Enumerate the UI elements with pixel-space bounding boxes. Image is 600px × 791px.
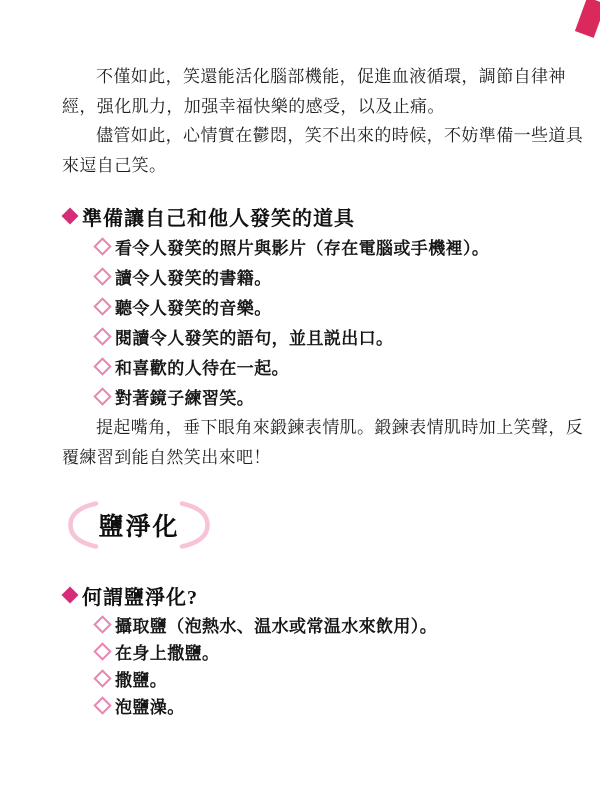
list-item: 對著鏡子練習笑。 xyxy=(95,381,568,411)
list-item: 攝取鹽（泡熱水、温水或常温水來飲用）。 xyxy=(95,611,568,638)
list-item-text: 攝取鹽（泡熱水、温水或常温水來飲用）。 xyxy=(115,612,437,637)
open-diamond-icon xyxy=(93,297,111,315)
book-page: 不僅如此，笑還能活化腦部機能，促進血液循環，調節自律神經，强化肌力，加强幸福快樂… xyxy=(0,0,600,791)
laugh-props-list: 看令人發笑的照片與影片（存在電腦或手機裡）。讀令人發笑的書籍。聽令人發笑的音樂。… xyxy=(95,231,568,411)
text-line: 覆練習到能自然笑出來吧！ xyxy=(62,443,568,473)
section-heading-text: 準備讓自己和他人發笑的道具 xyxy=(82,202,355,231)
list-item-text: 對著鏡子練習笑。 xyxy=(115,384,254,409)
open-diamond-icon xyxy=(93,669,111,687)
list-item-text: 撒鹽。 xyxy=(115,666,167,691)
section-heading-text: 何謂鹽淨化? xyxy=(82,581,198,610)
list-item: 閱讀令人發笑的語句，並且説出口。 xyxy=(95,321,568,351)
list-item-text: 和喜歡的人待在一起。 xyxy=(115,354,289,379)
list-item-text: 在身上撒鹽。 xyxy=(115,639,219,664)
text-line: 來逗自己笑。 xyxy=(62,151,568,181)
text-line: 儘管如此，心情實在鬱悶，笑不出來的時候，不妨準備一些道具 xyxy=(62,121,568,151)
open-diamond-icon xyxy=(93,387,111,405)
open-diamond-icon xyxy=(93,237,111,255)
text-line: 經，强化肌力，加强幸福快樂的感受，以及止痛。 xyxy=(62,92,568,122)
salt-purification-list: 攝取鹽（泡熱水、温水或常温水來飲用）。在身上撒鹽。撒鹽。泡鹽澡。 xyxy=(95,611,568,719)
open-diamond-icon xyxy=(93,267,111,285)
open-diamond-icon xyxy=(93,615,111,633)
list-item: 和喜歡的人待在一起。 xyxy=(95,351,568,381)
chapter-badge-title: 鹽淨化 xyxy=(98,507,179,543)
list-item: 泡鹽澡。 xyxy=(95,692,568,719)
paragraph-laughter-benefits: 不僅如此，笑還能活化腦部機能，促進血液循環，調節自律神經，强化肌力，加强幸福快樂… xyxy=(62,62,568,121)
filled-diamond-icon xyxy=(62,587,79,604)
chapter-badge: 鹽淨化 xyxy=(64,500,214,550)
paragraph-facial-muscle-training: 提起嘴角，垂下眼角來鍛鍊表情肌。鍛鍊表情肌時加上笑聲，反覆練習到能自然笑出來吧！ xyxy=(62,413,568,472)
list-item-text: 看令人發笑的照片與影片（存在電腦或手機裡）。 xyxy=(115,234,489,259)
list-item: 聽令人發笑的音樂。 xyxy=(95,291,568,321)
section-heading-laugh-props: 準備讓自己和他人發笑的道具 xyxy=(62,202,568,230)
paragraph-use-props: 儘管如此，心情實在鬱悶，笑不出來的時候，不妨準備一些道具來逗自己笑。 xyxy=(62,121,568,180)
list-item: 讀令人發笑的書籍。 xyxy=(95,261,568,291)
open-diamond-icon xyxy=(93,357,111,375)
list-item-text: 泡鹽澡。 xyxy=(115,693,185,718)
open-diamond-icon xyxy=(93,696,111,714)
page-corner-tab-icon xyxy=(575,0,600,38)
section-heading-what-is-salt-purification: 何謂鹽淨化? xyxy=(62,581,568,609)
open-diamond-icon xyxy=(93,327,111,345)
list-item-text: 聽令人發笑的音樂。 xyxy=(115,294,272,319)
filled-diamond-icon xyxy=(62,208,79,225)
list-item: 看令人發笑的照片與影片（存在電腦或手機裡）。 xyxy=(95,231,568,261)
text-line: 不僅如此，笑還能活化腦部機能，促進血液循環，調節自律神 xyxy=(62,62,568,92)
list-item: 撒鹽。 xyxy=(95,665,568,692)
open-diamond-icon xyxy=(93,642,111,660)
list-item-text: 閱讀令人發笑的語句，並且説出口。 xyxy=(115,324,393,349)
list-item: 在身上撒鹽。 xyxy=(95,638,568,665)
list-item-text: 讀令人發笑的書籍。 xyxy=(115,264,272,289)
text-line: 提起嘴角，垂下眼角來鍛鍊表情肌。鍛鍊表情肌時加上笑聲，反 xyxy=(62,413,568,443)
